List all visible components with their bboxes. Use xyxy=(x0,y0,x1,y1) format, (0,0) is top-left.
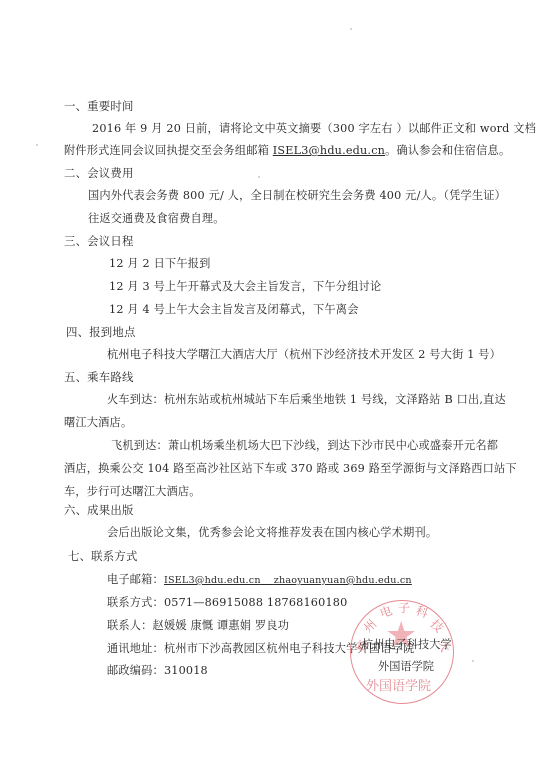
paragraph-text: 。确认参会和住宿信息。 xyxy=(385,144,510,157)
paragraph-line: 杭州电子科技大学曙江大酒店大厅（杭州下沙经济技术开发区 2 号大街 1 号） xyxy=(107,348,501,362)
signature-school: 外国语学院 xyxy=(378,660,434,674)
paragraph-line: 往返交通费及食宿费自理。 xyxy=(88,212,225,226)
signature-university: 杭州电子科技大学 xyxy=(362,638,452,652)
schedule-item: 12 月 2 日下午报到 xyxy=(109,257,211,271)
section-heading-publication: 六、成果出版 xyxy=(64,503,134,517)
section-heading-transport: 五、乘车路线 xyxy=(64,370,134,384)
paragraph-line: 曙江大酒店。 xyxy=(64,416,132,430)
scan-speck xyxy=(36,144,38,146)
paragraph-line: 酒店，换乘公交 104 路至高沙社区站下车或 370 路或 369 路至学源街与… xyxy=(64,462,517,476)
paragraph-text: 附件形式连同会议回执提交至会务组邮箱 xyxy=(64,144,273,157)
seal-arc-char: 子 xyxy=(398,602,410,614)
seal-bottom-text: 外国语学院 xyxy=(366,675,431,694)
section-heading-contact: 七、联系方式 xyxy=(68,549,138,563)
email-link[interactable]: zhaoyuanyuan@hdu.edu.cn xyxy=(274,575,412,586)
scan-speck xyxy=(350,28,352,30)
email-label: 电子邮箱： xyxy=(107,573,164,586)
paragraph-line: 会后出版论文集，优秀参会论文将推荐发表在国内核心学术期刊。 xyxy=(107,526,437,540)
email-link[interactable]: ISEL3@hdu.edu.cn xyxy=(164,575,261,586)
contact-persons: 联系人：赵媛媛 康慨 谭惠娟 罗良功 xyxy=(107,619,289,633)
contact-phone: 联系方式：0571—86915088 18768160180 xyxy=(107,596,347,610)
scan-speck xyxy=(258,176,260,178)
paragraph-line: 2016 年 9 月 20 日前，请将论文中英文摘要（300 字左右 ）以邮件正… xyxy=(92,122,536,136)
scan-speck xyxy=(472,660,474,662)
paragraph-line: 车，步行可达曙江大酒店。 xyxy=(64,485,201,499)
section-heading-important-dates: 一、重要时间 xyxy=(64,99,134,113)
section-heading-fees: 二、会议费用 xyxy=(64,166,134,180)
section-heading-schedule: 三、会议日程 xyxy=(64,234,134,248)
paragraph-line: 飞机到达：萧山机场乘坐机场大巴下沙线，到达下沙市民中心或盛泰开元名都 xyxy=(111,439,498,453)
paragraph-line: 火车到达：杭州东站或杭州城站下车后乘坐地铁 1 号线，文泽路站 B 口出,直达 xyxy=(107,393,506,407)
schedule-item: 12 月 4 号上午大会主旨发言及闭幕式，下午离会 xyxy=(109,303,359,317)
paragraph-line: 国内外代表会务费 800 元/ 人，全日制在校研究生会务费 400 元/人。（凭… xyxy=(88,189,506,203)
email-link[interactable]: ISEL3@hdu.edu.cn xyxy=(273,144,385,157)
contact-postcode: 邮政编码：310018 xyxy=(107,664,208,678)
document-page: 一、重要时间 2016 年 9 月 20 日前，请将论文中英文摘要（300 字左… xyxy=(0,0,546,768)
contact-emails: 电子邮箱：ISEL3@hdu.edu.cn zhaoyuanyuan@hdu.e… xyxy=(107,573,412,588)
section-heading-venue: 四、报到地点 xyxy=(66,325,136,339)
schedule-item: 12 月 3 号上午开幕式及大会主旨发言，下午分组讨论 xyxy=(109,280,381,294)
paragraph-line: 附件形式连同会议回执提交至会务组邮箱 ISEL3@hdu.edu.cn。确认参会… xyxy=(64,144,510,158)
